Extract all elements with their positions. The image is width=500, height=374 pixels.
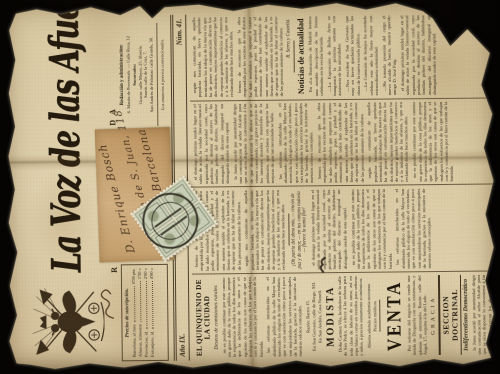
notice-line: Razón: Barrio 15.	[305, 277, 311, 357]
body-paragraph: según nos comunican de aquella populosa …	[191, 17, 234, 97]
body-paragraph: la Junta acordó por unanimidad dirigir u…	[471, 275, 498, 355]
divider	[288, 214, 289, 246]
news-item: —Nos escriben de San Gervasio que muy en…	[344, 16, 361, 96]
body-paragraph: hemos de reconocer que la obra emprendid…	[236, 17, 285, 97]
price-label: Extranjero, id.	[149, 331, 155, 357]
news-item: En «La Ilustración» de Madrid leemos una…	[307, 16, 324, 96]
body-paragraph: el domingo próximo tendrá lugar en el sa…	[399, 15, 437, 95]
article-subhead: Deseos de comisiones rurales	[213, 278, 220, 358]
section-subheading: Indiferentismo Democrático	[462, 275, 470, 355]
ad-text: Por retirarse del negocio se vende una t…	[406, 275, 428, 355]
dateline-number: Núm. 41.	[175, 19, 183, 46]
news-item: —La Comisión de festejos ha acordado cel…	[363, 16, 380, 96]
body-paragraph: según nos comunican de aquella populosa …	[243, 190, 286, 270]
branch-line: San Andrés de Palomar: calle Grande, 30.	[148, 17, 155, 132]
dotted-leader	[131, 286, 135, 323]
column-3: el domingo próximo tendrá lugar en el sa…	[190, 98, 498, 188]
notice-line: En San Gervasio, calle de Riego, XII.	[311, 277, 317, 357]
article-signature: R. Serra y Castellá.	[286, 19, 292, 95]
newspaper-page: La Voz de las Afueras REVISTA ILUSTRADA …	[2, 0, 498, 374]
newspaper-title: La Voz de las Afueras	[41, 0, 91, 273]
news-section-heading: Noticias de actualidad	[296, 16, 306, 96]
body-columns: EL QUINQUENIO DE LA CIUDAD Deseos de com…	[189, 11, 498, 360]
news-item: —La Exposición de Bellas Artes se inaugu…	[326, 16, 343, 96]
verse-block: ¡Oh patria del alma mía, — rincón de paz…	[291, 190, 309, 270]
body-paragraph: las reformas introducidas en el alumbrad…	[265, 277, 303, 357]
article-headline: EL QUINQUENIO DE LA CIUDAD	[195, 278, 212, 358]
body-paragraph: no es posible continuar por este camino …	[411, 102, 454, 182]
body-paragraph: no es posible continuar por este camino …	[221, 277, 264, 357]
ad-heading-modista: MODISTA	[325, 276, 337, 356]
body-paragraph: la Junta acordó por unanimidad dirigir u…	[232, 103, 275, 183]
notice-line: En San Andrés, Casa Nonell.	[317, 277, 323, 357]
column-1: EL QUINQUENIO DE LA CIUDAD Deseos de com…	[192, 272, 498, 361]
body-paragraph: el domingo próximo tendrá lugar en el sa…	[310, 189, 348, 269]
page-content: La Voz de las Afueras REVISTA ILUSTRADA …	[2, 0, 498, 374]
column-4: según nos comunican de aquella populosa …	[189, 11, 498, 101]
newspaper-page-wrap: La Voz de las Afueras REVISTA ILUSTRADA …	[2, 0, 498, 374]
section-label-gracia: GRACIA	[430, 275, 437, 355]
dotted-leader	[149, 281, 153, 328]
divider	[294, 40, 295, 72]
ad-text: Doña Carmen Vila, bordadora de la calle …	[337, 276, 364, 356]
body-paragraph: según nos comunican de aquella populosa …	[366, 102, 409, 182]
office-note: Los anuncios á precios convencionales.	[159, 17, 166, 132]
photo-scene: La Voz de las Afueras REVISTA ILUSTRADA …	[0, 0, 500, 374]
body-paragraph: el domingo próximo tendrá lugar en el sa…	[192, 104, 230, 184]
dotted-leader	[137, 281, 141, 322]
ad-heading-venta: VENTA	[382, 276, 406, 356]
body-paragraph: no es posible continuar por este camino …	[350, 189, 393, 269]
body-paragraph: hemos de reconocer que la obra emprendid…	[316, 103, 365, 183]
column-2: hemos de reconocer que la obra emprendid…	[191, 185, 498, 275]
news-item: —Ha tomado posesión del cargo el nuevo a…	[381, 15, 398, 95]
subscription-prices-box: Precios de suscripción. Barcelona, al me…	[121, 264, 169, 361]
office-address: S. Martín de Provensals. — Calle Roca, 1…	[125, 17, 132, 132]
prices-title: Precios de suscripción.	[124, 268, 131, 357]
body-paragraph: las reformas introducidas en el alumbrad…	[394, 189, 432, 269]
ad-note: Precios módicos.	[372, 276, 378, 356]
body-paragraph: las reformas introducidas en el alumbrad…	[277, 103, 315, 183]
dotted-leader	[143, 281, 147, 328]
section-heading: SECCION DOCTRINAL	[438, 275, 462, 355]
divider	[156, 23, 158, 126]
price-value: 4'00 »	[149, 268, 155, 279]
ad-note: Abierta además academia nocturna.	[366, 276, 372, 356]
dateline-year: Año IX.	[179, 334, 187, 357]
masthead: La Voz de las Afueras	[26, 16, 108, 363]
divider	[379, 300, 380, 332]
price-row: Extranjero, id.4'00 »	[149, 268, 156, 357]
